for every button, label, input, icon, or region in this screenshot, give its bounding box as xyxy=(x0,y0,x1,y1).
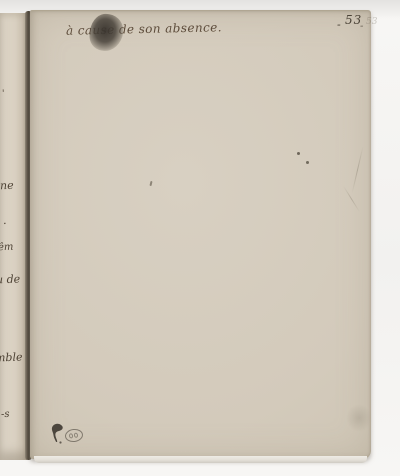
faint-smudge xyxy=(346,404,372,432)
paper-speck xyxy=(297,152,300,155)
manuscript-scan-photo: ' ne . têm u de mble -s à cause de son a… xyxy=(0,0,400,476)
paper-speck xyxy=(306,161,309,164)
previous-page-fragment: têm xyxy=(0,242,14,254)
previous-page-fragment: -s xyxy=(1,409,10,420)
previous-page-edge: ' ne . têm u de mble -s xyxy=(0,13,27,460)
previous-page-fragment: ne xyxy=(0,179,14,192)
manuscript-page xyxy=(30,10,371,459)
page-stack-edge xyxy=(34,456,367,463)
previous-page-fragment: mble xyxy=(0,351,23,365)
page-number-dash: - xyxy=(337,18,341,31)
page-number-dash: - xyxy=(360,21,363,32)
page-number-ghost: 53 xyxy=(366,17,377,27)
previous-page-fragment: ' xyxy=(2,89,5,99)
previous-page-fragment: . xyxy=(3,214,7,227)
previous-page-fragment: u de xyxy=(0,273,20,287)
